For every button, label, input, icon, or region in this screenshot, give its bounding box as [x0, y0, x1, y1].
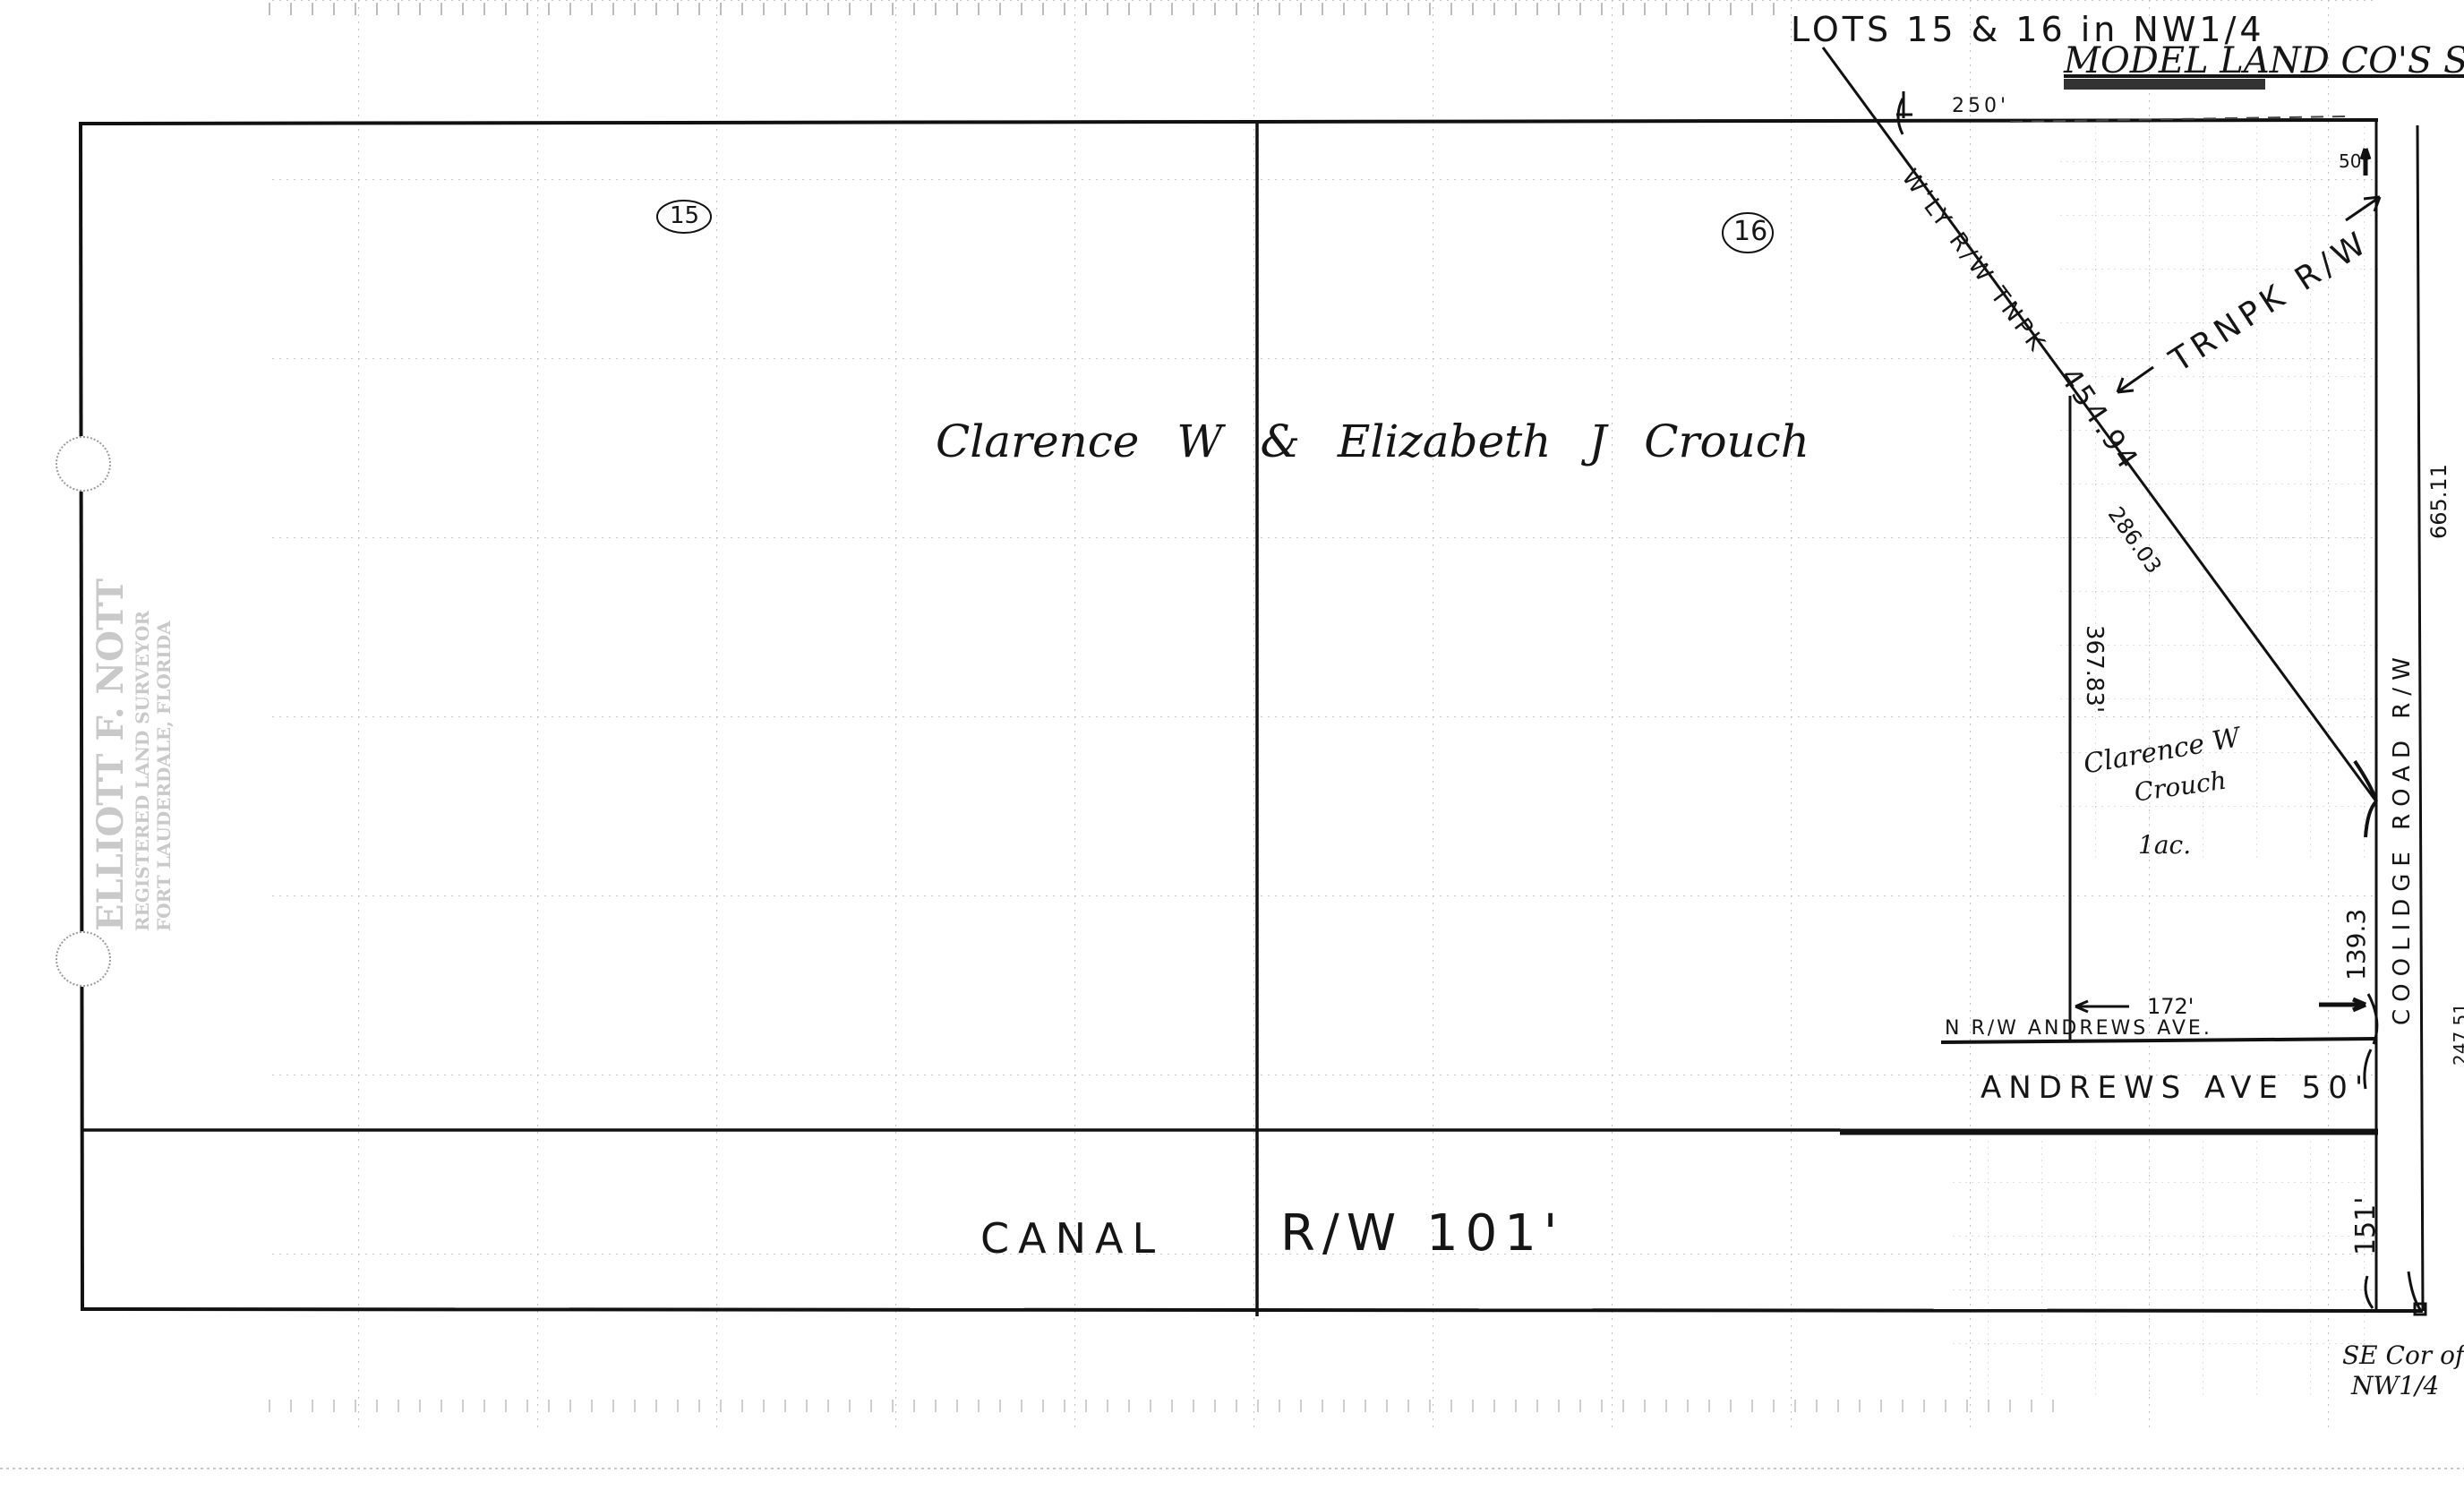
dim-canal-depth: 151'	[2353, 1196, 2380, 1255]
dim-east-lower: 247.51	[2451, 1003, 2464, 1066]
coolidge-east-line	[2417, 125, 2423, 1311]
andrews-ave-label: ANDREWS AVE 50'	[1981, 1073, 2370, 1103]
parcel-area: 1ac.	[2138, 833, 2191, 858]
coolidge-road-label: COOLIDGE ROAD R/W	[2391, 650, 2414, 1025]
canal-label: CANAL	[980, 1218, 1164, 1259]
dim-east-upper: 665.11	[2428, 464, 2450, 539]
dim-top-centerline: 250'	[1952, 97, 2009, 116]
canal-rw-label: R/W 101'	[1280, 1209, 1564, 1259]
title-subdivision: MODEL LAND CO'S S/D	[2064, 43, 2464, 79]
plat-linework	[0, 0, 2464, 1490]
corner-note-line2: NW1/4	[2351, 1374, 2439, 1399]
dim-parcel-south: 172'	[2147, 996, 2194, 1017]
punch-hole-bottom	[56, 931, 111, 987]
dim-parcel-east: 139.3	[2344, 909, 2369, 980]
andrews-nrw-label: N R/W ANDREWS AVE.	[1945, 1019, 2212, 1039]
lot-number-16: 16	[1733, 218, 1767, 245]
dim-parcel-west: 367.83'	[2083, 625, 2106, 713]
lot-number-15: 15	[670, 204, 699, 227]
punch-hole-top	[56, 436, 111, 492]
survey-sheet: ELLIOTT F. NOTT REGISTERED LAND SURVEYOR…	[0, 0, 2464, 1490]
corner-note-line1: SE Cor of	[2342, 1343, 2464, 1368]
owner-name: Clarence W & Elizabeth J Crouch	[936, 419, 1809, 464]
subdivision-grid-se	[1952, 1137, 2373, 1397]
dim-corner-50: 50'	[2339, 152, 2366, 170]
surveyor-stamp: ELLIOTT F. NOTT REGISTERED LAND SURVEYOR…	[90, 578, 175, 931]
south-boundary	[81, 1309, 2423, 1311]
